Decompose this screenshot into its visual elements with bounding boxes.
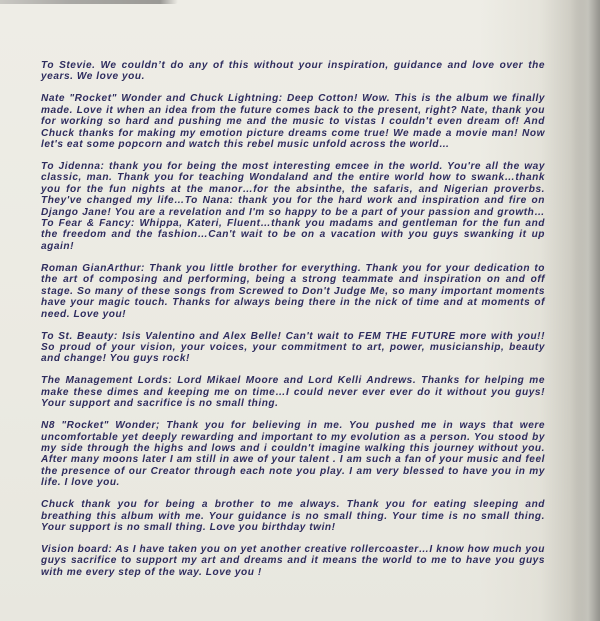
thank-you-notes: To Stevie. We couldn’t do any of this wi… xyxy=(41,60,545,589)
paragraph-jidenna-nana-fear-fancy: To Jidenna: thank you for being the most… xyxy=(41,161,545,252)
paragraph-stevie: To Stevie. We couldn’t do any of this wi… xyxy=(41,60,545,83)
binding-fold-shadow xyxy=(576,0,600,621)
paragraph-n8-rocket-wonder: N8 "Rocket" Wonder; Thank you for believ… xyxy=(41,420,545,488)
paragraph-st-beauty: To St. Beauty: Isis Valentino and Alex B… xyxy=(41,331,545,365)
paragraph-roman-gianarthur: Roman GianArthur: Thank you little broth… xyxy=(41,263,545,320)
booklet-page: To Stevie. We couldn’t do any of this wi… xyxy=(0,0,600,621)
paragraph-nate-and-chuck: Nate "Rocket" Wonder and Chuck Lightning… xyxy=(41,93,545,150)
paragraph-management-lords: The Management Lords: Lord Mikael Moore … xyxy=(41,375,545,409)
paragraph-vision-board: Vision board: As I have taken you on yet… xyxy=(41,544,545,578)
paragraph-chuck: Chuck thank you for being a brother to m… xyxy=(41,499,545,533)
scan-edge-shadow xyxy=(0,0,178,4)
